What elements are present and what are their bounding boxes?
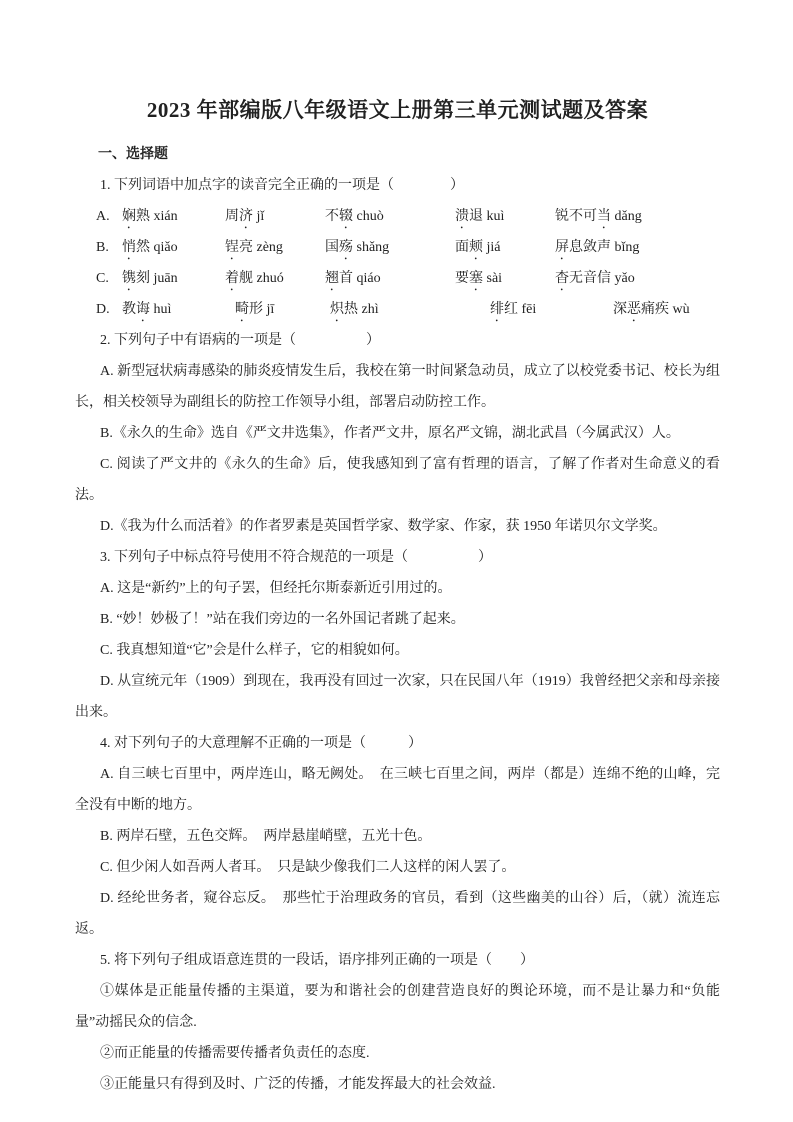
q1-option-b: B. 悄然 qiǎo 锃亮 zèng 国殇 shǎng 面颊 jiá 屏息敛声 … bbox=[75, 232, 720, 263]
dotted-char: 锃 bbox=[225, 240, 239, 255]
q2-option-d: D.《我为什么而活着》的作者罗素是英国哲学家、数学家、作家，获 1950 年诺贝… bbox=[75, 511, 720, 542]
dotted-char: 当 bbox=[597, 209, 611, 224]
dotted-char: 溃 bbox=[455, 209, 469, 224]
dotted-char: 杳 bbox=[555, 271, 569, 286]
word-cell: 镌刻 juān bbox=[122, 263, 225, 294]
q1-option-a: A. 娴熟 xián 周济 jǐ 不辍 chuò 溃退 kuì 锐不可当 dǎn… bbox=[75, 201, 720, 232]
dotted-char: 炽 bbox=[330, 302, 344, 317]
q1-option-d: D. 教诲 huì 畸形 jī 炽热 zhì 绯红 fēi 深恶痛疾 wù bbox=[75, 294, 720, 325]
dotted-char: 畸 bbox=[235, 302, 249, 317]
word-cell: 锃亮 zèng bbox=[225, 232, 325, 263]
dotted-char: 娴 bbox=[122, 209, 136, 224]
dotted-char: 翘 bbox=[325, 271, 339, 286]
word-cell: 深恶痛疾 wù bbox=[613, 294, 720, 325]
dotted-char: 济 bbox=[239, 209, 253, 224]
q5-item-2: ②而正能量的传播需要传播者负责任的态度. bbox=[75, 1038, 720, 1069]
word-cell: 周济 jǐ bbox=[225, 201, 325, 232]
dotted-char: 屏 bbox=[555, 240, 569, 255]
page-title: 2023 年部编版八年级语文上册第三单元测试题及答案 bbox=[75, 95, 720, 125]
option-label: D. bbox=[96, 294, 122, 325]
q5-stem: 5. 将下列句子组成语意连贯的一段话，语序排列正确的一项是（ ） bbox=[75, 945, 720, 976]
word-cell: 不辍 chuò bbox=[325, 201, 455, 232]
word-cell: 畸形 jī bbox=[235, 294, 330, 325]
q5-item-3: ③正能量只有得到及时、广泛的传播，才能发挥最大的社会效益. bbox=[75, 1069, 720, 1100]
dotted-char: 塞 bbox=[469, 271, 483, 286]
q3-option-c: C. 我真想知道“它”会是什么样子，它的相貌如何。 bbox=[75, 635, 720, 666]
word-cell: 杳无音信 yǎo bbox=[555, 263, 720, 294]
word-cell: 着舰 zhuó bbox=[225, 263, 325, 294]
word-cell: 面颊 jiá bbox=[455, 232, 555, 263]
dotted-char: 颊 bbox=[469, 240, 483, 255]
word-cell: 锐不可当 dǎng bbox=[555, 201, 720, 232]
dotted-char: 绯 bbox=[490, 302, 504, 317]
q3-option-d: D. 从宣统元年（1909）到现在，我再没有回过一次家，只在民国八年（1919）… bbox=[75, 666, 720, 728]
q3-stem: 3. 下列句子中标点符号使用不符合规范的一项是（ ） bbox=[75, 542, 720, 573]
dotted-char: 殇 bbox=[339, 240, 353, 255]
word-cell: 教诲 huì bbox=[122, 294, 235, 325]
word-cell: 悄然 qiǎo bbox=[122, 232, 225, 263]
q2-stem: 2. 下列句子中有语病的一项是（ ） bbox=[75, 325, 720, 356]
q4-stem: 4. 对下列句子的大意理解不正确的一项是（ ） bbox=[75, 728, 720, 759]
q3-option-b: B. “妙！妙极了！”站在我们旁边的一名外国记者跳了起来。 bbox=[75, 604, 720, 635]
section-heading: 一、选择题 bbox=[75, 139, 720, 170]
q2-option-a: A. 新型冠状病毒感染的肺炎疫情发生后，我校在第一时间紧急动员，成立了以校党委书… bbox=[75, 356, 720, 418]
dotted-char: 悄 bbox=[122, 240, 136, 255]
word-cell: 溃退 kuì bbox=[455, 201, 555, 232]
word-cell: 炽热 zhì bbox=[330, 294, 490, 325]
dotted-char: 镌 bbox=[122, 271, 136, 286]
word-cell: 翘首 qiáo bbox=[325, 263, 455, 294]
word-cell: 国殇 shǎng bbox=[325, 232, 455, 263]
q2-option-c: C. 阅读了严文井的《永久的生命》后，使我感知到了富有哲理的语言，了解了作者对生… bbox=[75, 449, 720, 511]
dotted-char: 辍 bbox=[339, 209, 353, 224]
option-label: B. bbox=[96, 232, 122, 263]
word-cell: 绯红 fēi bbox=[490, 294, 613, 325]
word-cell: 屏息敛声 bǐng bbox=[555, 232, 720, 263]
dotted-char: 诲 bbox=[136, 302, 150, 317]
option-label: C. bbox=[96, 263, 122, 294]
word-cell: 娴熟 xián bbox=[122, 201, 225, 232]
q2-option-b: B.《永久的生命》选自《严文井选集》，作者严文井，原名严文锦，湖北武昌（今属武汉… bbox=[75, 418, 720, 449]
q4-option-d: D. 经纶世务者，窥谷忘反。 那些忙于治理政务的官员，看到（这些幽美的山谷）后，… bbox=[75, 883, 720, 945]
q4-option-b: B. 两岸石壁，五色交辉。 两岸悬崖峭壁，五光十色。 bbox=[75, 821, 720, 852]
word-cell: 要塞 sài bbox=[455, 263, 555, 294]
dotted-char: 恶 bbox=[627, 302, 641, 317]
q3-option-a: A. 这是“新约”上的句子罢，但经托尔斯泰新近引用过的。 bbox=[75, 573, 720, 604]
q4-option-a: A. 自三峡七百里中，两岸连山，略无阙处。 在三峡七百里之间，两岸（都是）连绵不… bbox=[75, 759, 720, 821]
option-label: A. bbox=[96, 201, 122, 232]
q5-item-1: ①媒体是正能量传播的主渠道，要为和谐社会的创建营造良好的舆论环境，而不是让暴力和… bbox=[75, 976, 720, 1038]
document-page: 2023 年部编版八年级语文上册第三单元测试题及答案 一、选择题 1. 下列词语… bbox=[0, 0, 793, 1122]
q1-stem: 1. 下列词语中加点字的读音完全正确的一项是（ ） bbox=[75, 170, 720, 201]
dotted-char: 着 bbox=[225, 271, 239, 286]
q1-option-c: C. 镌刻 juān 着舰 zhuó 翘首 qiáo 要塞 sài 杳无音信 y… bbox=[75, 263, 720, 294]
q4-option-c: C. 但少闲人如吾两人者耳。 只是缺少像我们二人这样的闲人罢了。 bbox=[75, 852, 720, 883]
